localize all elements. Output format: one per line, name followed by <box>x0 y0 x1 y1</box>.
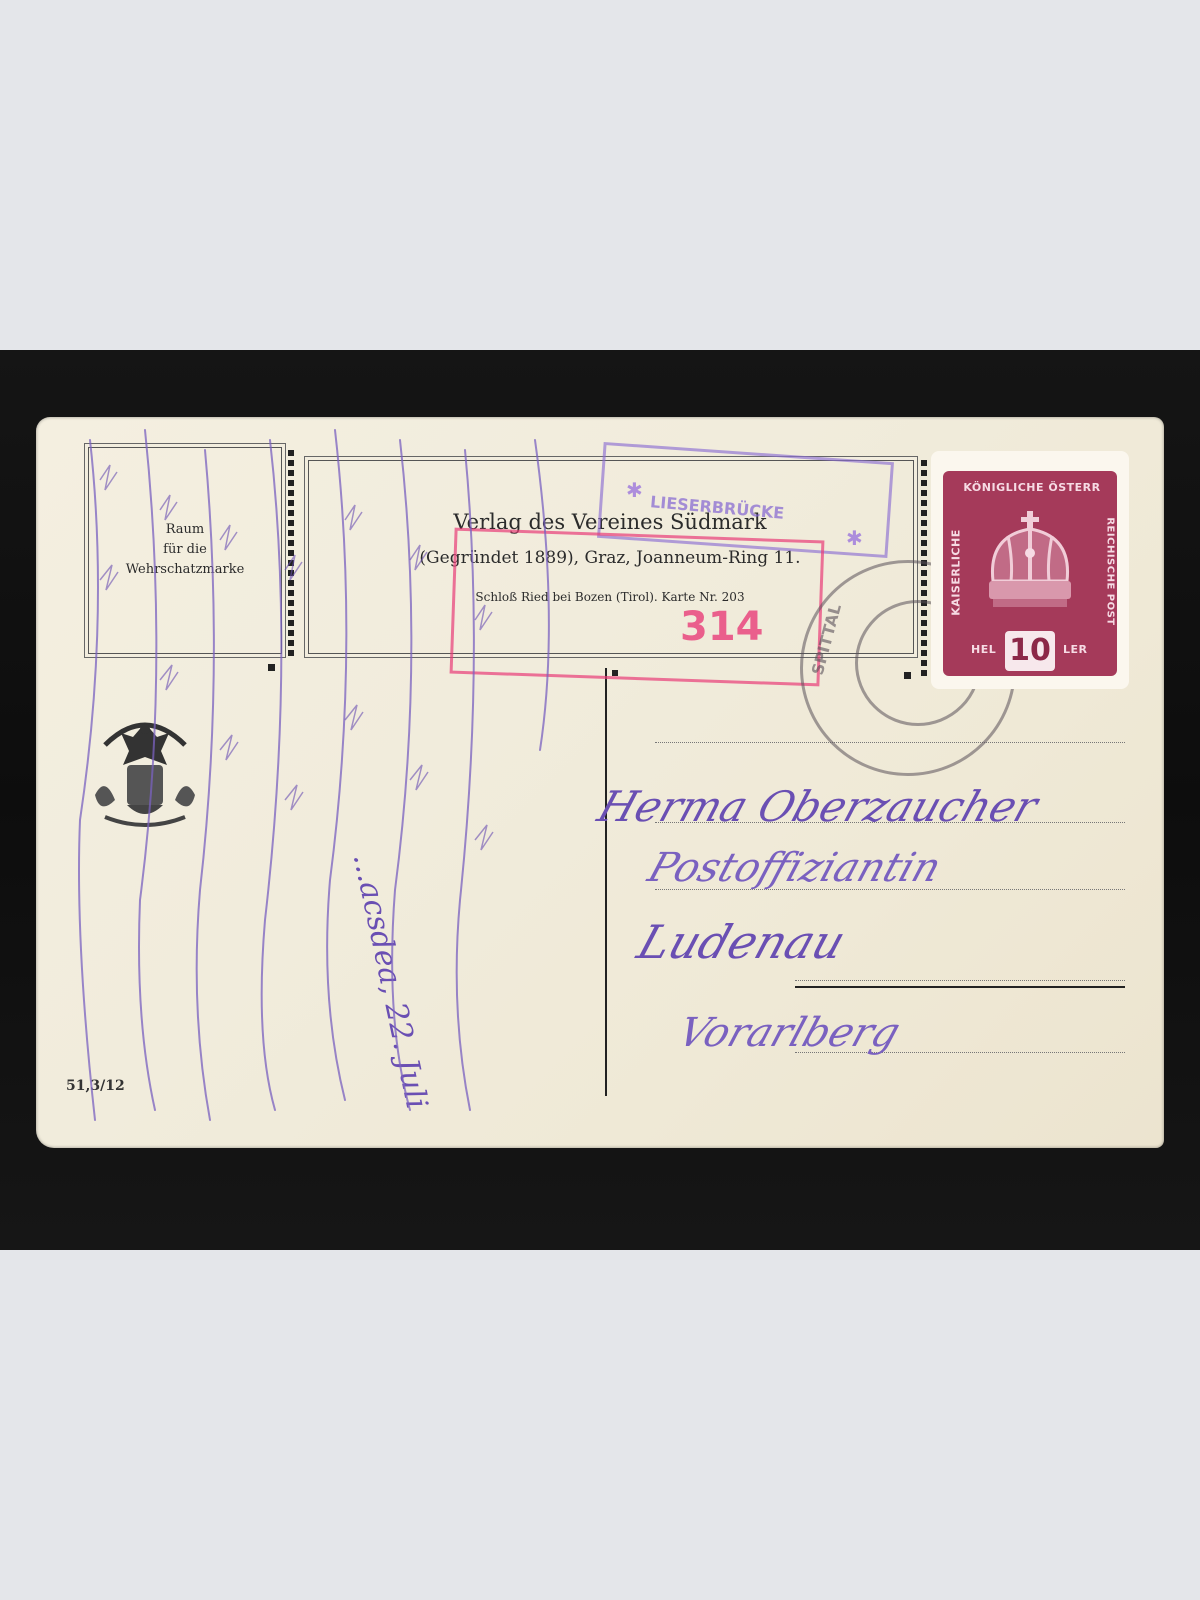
divider-line <box>605 668 607 1096</box>
address-underline-solid <box>795 986 1125 989</box>
stamp-design: KÖNIGLICHE ÖSTERR KAISERLICHE REICHISCHE… <box>943 471 1117 676</box>
stamp-top-text: KÖNIGLICHE ÖSTERR <box>957 481 1107 494</box>
postage-stamp: KÖNIGLICHE ÖSTERR KAISERLICHE REICHISCHE… <box>935 455 1125 685</box>
stamp-right-text: REICHISCHE POST <box>1105 507 1116 637</box>
stamp-unit-left: HEL <box>971 643 996 656</box>
address-town: Ludenau <box>631 915 852 969</box>
star-icon: ✱ <box>626 478 643 502</box>
address-region: Vorarlberg <box>673 1010 906 1056</box>
stamp-unit-right: LER <box>1063 643 1088 656</box>
stamp-denomination: 10 <box>1005 631 1055 671</box>
crown-icon <box>983 511 1077 611</box>
address-occupation: Postoffiziantin <box>643 845 947 891</box>
address-line-4 <box>795 980 1125 981</box>
stamp-left-text: KAISERLICHE <box>950 518 963 628</box>
address-name: Herma Oberzaucher <box>592 782 1044 831</box>
message-handwriting <box>40 420 600 1150</box>
censor-number: 314 <box>680 604 764 650</box>
star-icon: ✱ <box>846 526 863 550</box>
